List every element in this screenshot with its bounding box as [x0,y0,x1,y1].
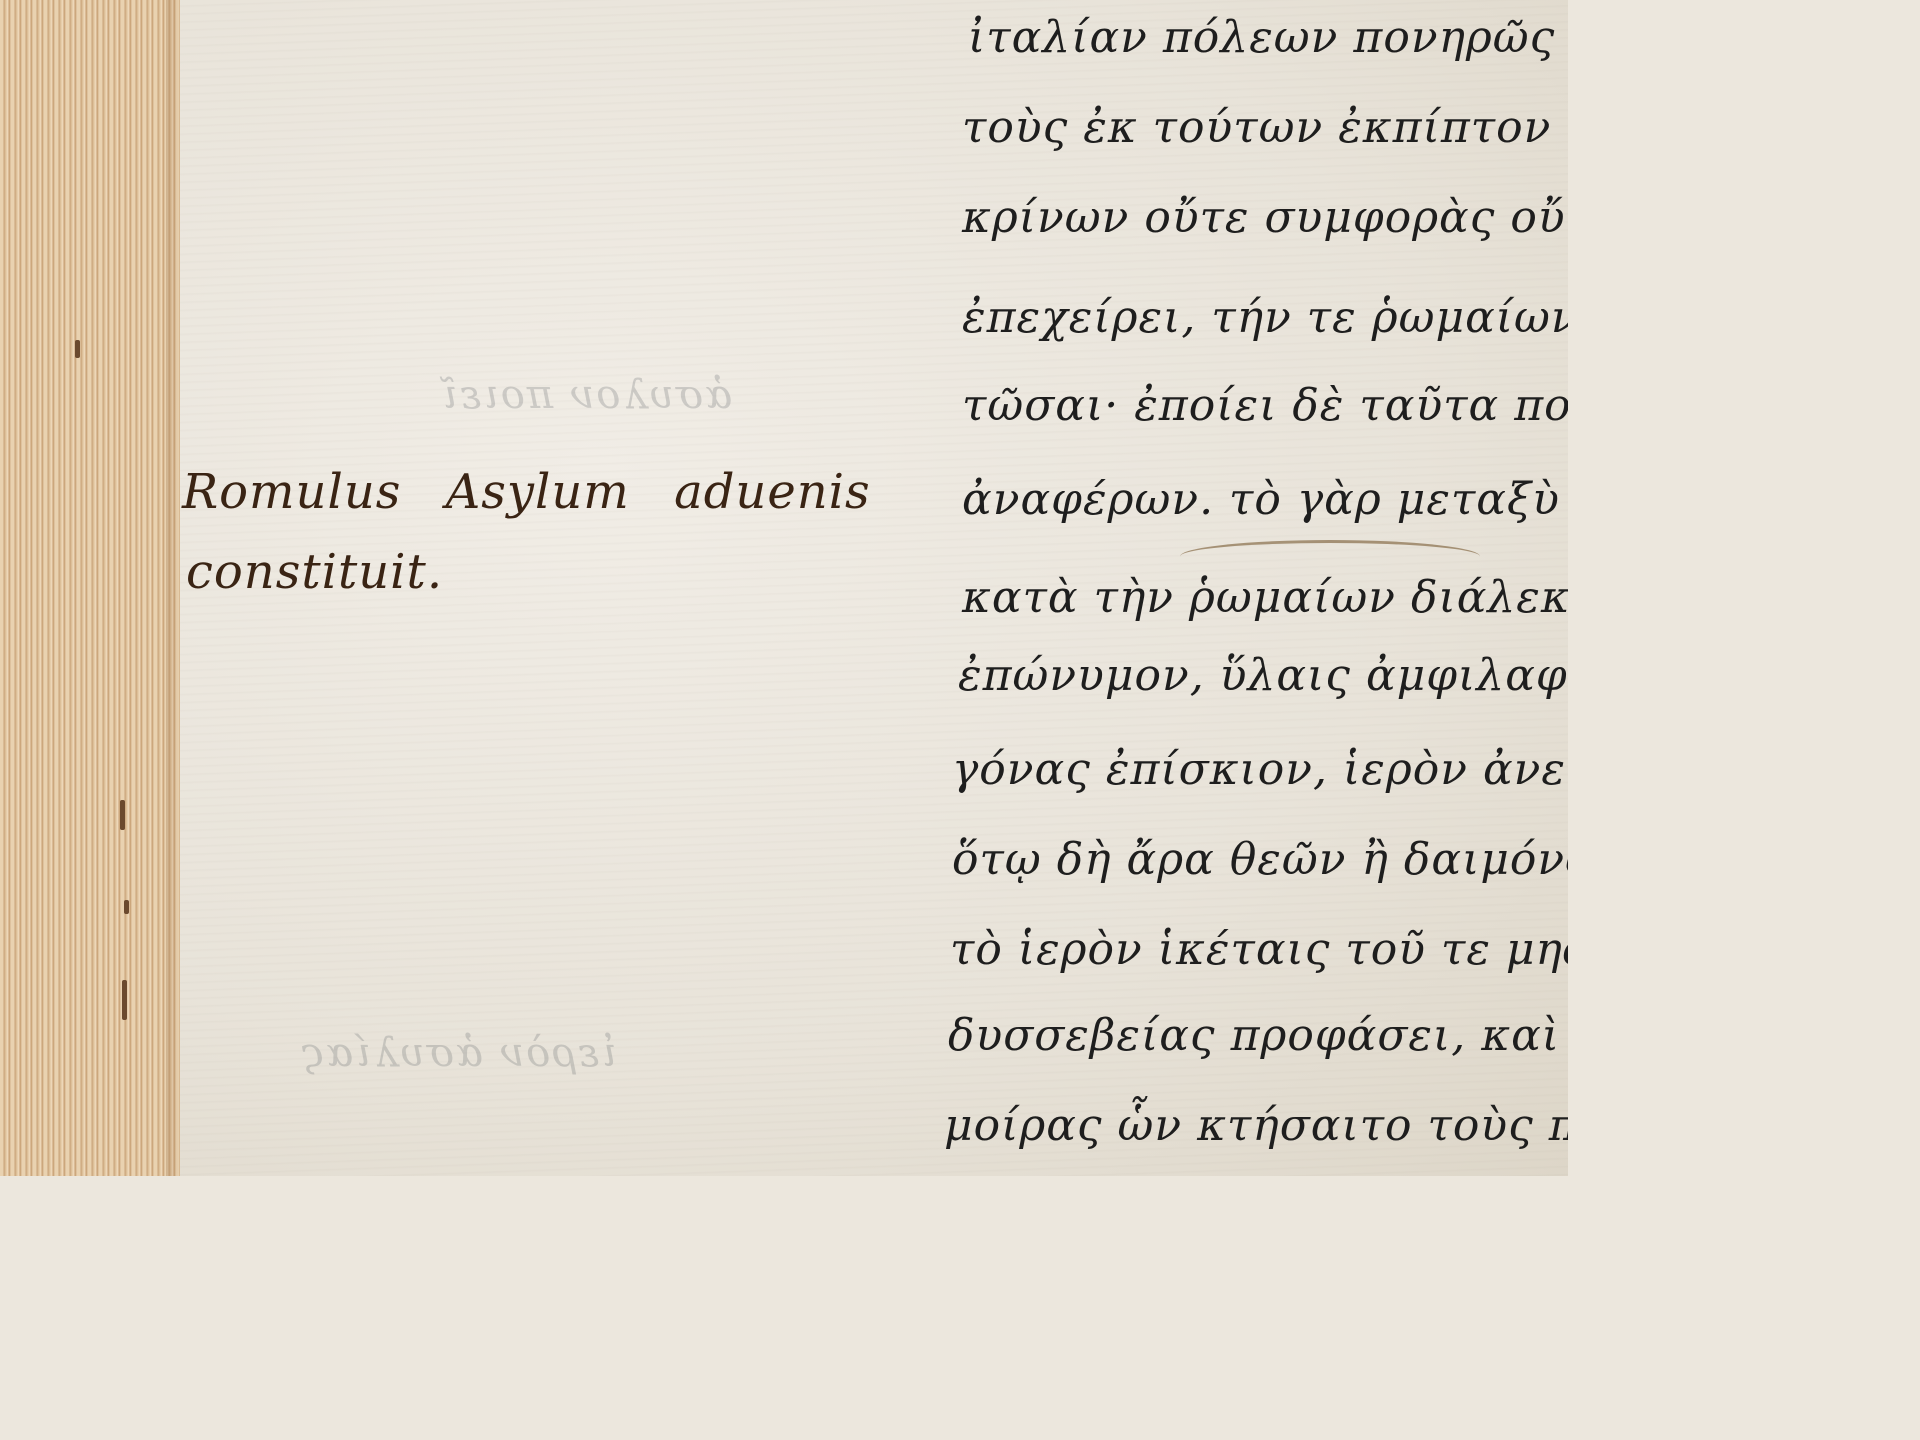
greek-line: ἐπώνυμον, ὕλαις ἀμφιλαφ [958,650,1568,701]
greek-line: τὸ ἱερὸν ἱκέταις τοῦ τε μηδὲν κ [950,924,1568,975]
bleed-through-text: ἱερὸν ἀσυλίας [300,1030,617,1076]
edge-mark [124,900,129,914]
greek-line: τοὺς ἐκ τούτων ἐκπίπτον [962,102,1551,153]
greek-line: δυσσεβείας προφάσει, καὶ εἰ βο [948,1010,1568,1061]
greek-line: ἀναφέρων. τὸ γὰρ μεταξὺ [962,474,1560,525]
ink-stroke [1180,540,1480,573]
greek-line: γόνας ἐπίσκιον, ἱερὸν ἀνεὶς ἀ [952,744,1568,795]
marginal-note-line-1: Romulus Asylum aduenis [182,468,871,516]
greek-line: ὅτῳ δὴ ἄρα θεῶν ἢ δαιμόνω [952,834,1568,885]
gilt-page-edges [0,0,180,1176]
marginal-note-line-2: constituit. [186,548,443,596]
greek-line: τῶσαι· ἐποίει δὲ ταῦτα πο [962,380,1568,431]
greek-line: κρίνων οὔτε συμφορὰς οὔ [962,192,1566,243]
edge-mark [122,980,127,1020]
greek-line: κατὰ τὴν ῥωμαίων διάλεκ [962,572,1568,623]
bleed-through-text: ἀσυλον ποιεῖ [440,372,732,418]
greek-line: ἰταλίαν πόλεων πονηρῶς ὁ [968,12,1568,63]
greek-line: ἐπεχείρει, τήν τε ῥωμαίων [962,292,1568,343]
edge-mark [120,800,125,830]
edge-mark [75,340,80,358]
greek-line: μοίρας ὧν κτήσαιτο τοὺς πολ [944,1100,1568,1151]
